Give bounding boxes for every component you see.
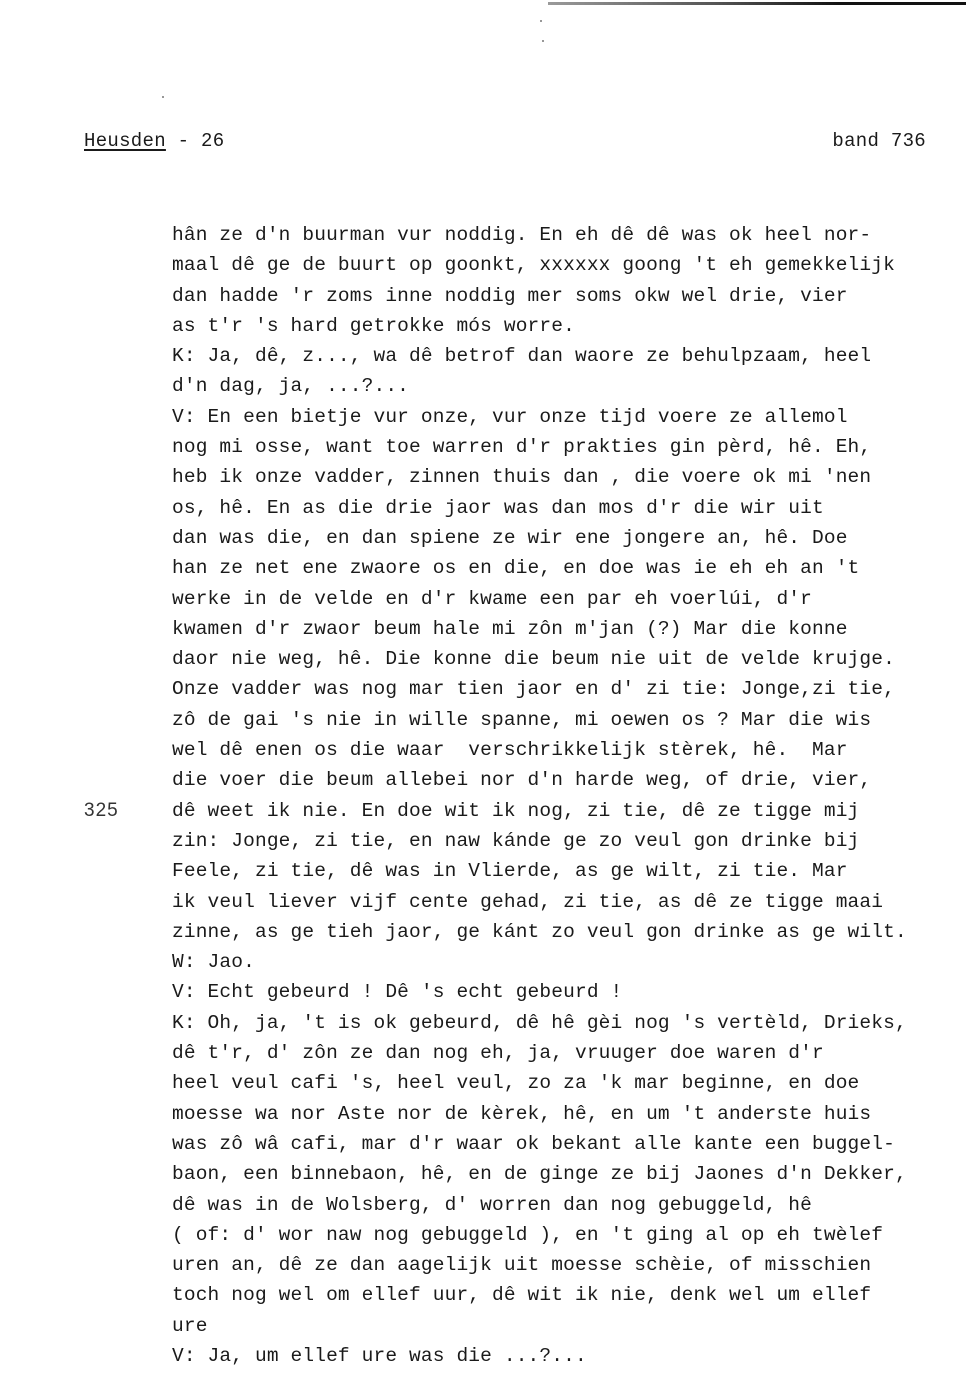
transcript-line: as t'r 's hard getrokke mós worre. [172,311,952,341]
transcript-line: werke in de velde en d'r kwame een par e… [172,584,952,614]
transcript-line: baon, een binnebaon, hê, en de ginge ze … [172,1159,952,1189]
transcript-line: maal dê ge de buurt op goonkt, xxxxxx go… [172,250,952,280]
transcript-line: Onze vadder was nog mar tien jaor en d' … [172,674,952,704]
transcript-line: os, hê. En as die drie jaor was dan mos … [172,493,952,523]
transcript-line: zin: Jonge, zi tie, en naw kánde ge zo v… [172,826,952,856]
transcript-line: toch nog wel om ellef uur, dê wit ik nie… [172,1280,952,1310]
place-name: Heusden [84,130,166,152]
transcript-line: K: Oh, ja, 't is ok gebeurd, dê hê gèi n… [172,1008,952,1038]
page-number: - 26 [166,130,225,152]
transcript-line: die voer die beum allebei nor d'n harde … [172,765,952,795]
transcript-line: uren an, dê ze dan aagelijk uit moesse s… [172,1250,952,1280]
margin-line-number: 325 [84,800,119,822]
transcript-line: daor nie weg, hê. Die konne die beum nie… [172,644,952,674]
transcript-line: zinne, as ge tieh jaor, ge kánt zo veul … [172,917,952,947]
transcript-line: heb ik onze vadder, zinnen thuis dan , d… [172,462,952,492]
transcript-line: dan hadde 'r zoms inne noddig mer soms o… [172,281,952,311]
transcript-line: W: Jao. [172,947,952,977]
scan-speck [542,40,544,42]
transcript-line: was zô wâ cafi, mar d'r waar ok bekant a… [172,1129,952,1159]
transcript-line: dan was die, en dan spiene ze wir ene jo… [172,523,952,553]
transcript-line: K: Ja, dê, z..., wa dê betrof dan waore … [172,341,952,371]
transcript-line: Feele, zi tie, dê was in Vlierde, as ge … [172,856,952,886]
transcript-line: V: Echt gebeurd ! Dê 's echt gebeurd ! [172,977,952,1007]
transcript-line: zô de gai 's nie in wille spanne, mi oew… [172,705,952,735]
transcript-line: hân ze d'n buurman vur noddig. En eh dê … [172,220,952,250]
scan-edge-rule [548,2,966,5]
transcript-line: heel veul cafi 's, heel veul, zo za 'k m… [172,1068,952,1098]
transcript-line: han ze net ene zwaore os en die, en doe … [172,553,952,583]
scan-speck [540,20,542,22]
transcript-line: dê weet ik nie. En doe wit ik nog, zi ti… [172,796,952,826]
transcript-line: dê t'r, d' zôn ze dan nog eh, ja, vruuge… [172,1038,952,1068]
transcript-line: wel dê enen os die waar verschrikkelijk … [172,735,952,765]
transcript-line: moesse wa nor Aste nor de kèrek, hê, en … [172,1099,952,1129]
header-left: Heusden - 26 [84,130,224,152]
transcript-body: hân ze d'n buurman vur noddig. En eh dê … [172,220,952,1371]
transcript-line: nog mi osse, want toe warren d'r praktie… [172,432,952,462]
page-header: Heusden - 26 band 736 [84,130,926,152]
transcript-line: ik veul liever vijf cente gehad, zi tie,… [172,887,952,917]
transcript-line: ure [172,1311,952,1341]
transcript-line: dê was in de Wolsberg, d' worren dan nog… [172,1190,952,1220]
transcript-line: d'n dag, ja, ...?... [172,371,952,401]
transcript-line: V: Ja, um ellef ure was die ...?... [172,1341,952,1371]
tape-number: band 736 [832,130,926,152]
transcript-line: V: En een bietje vur onze, vur onze tijd… [172,402,952,432]
transcript-line: ( of: d' wor naw nog gebuggeld ), en 't … [172,1220,952,1250]
scan-speck [162,96,164,98]
transcript-line: kwamen d'r zwaor beum hale mi zôn m'jan … [172,614,952,644]
